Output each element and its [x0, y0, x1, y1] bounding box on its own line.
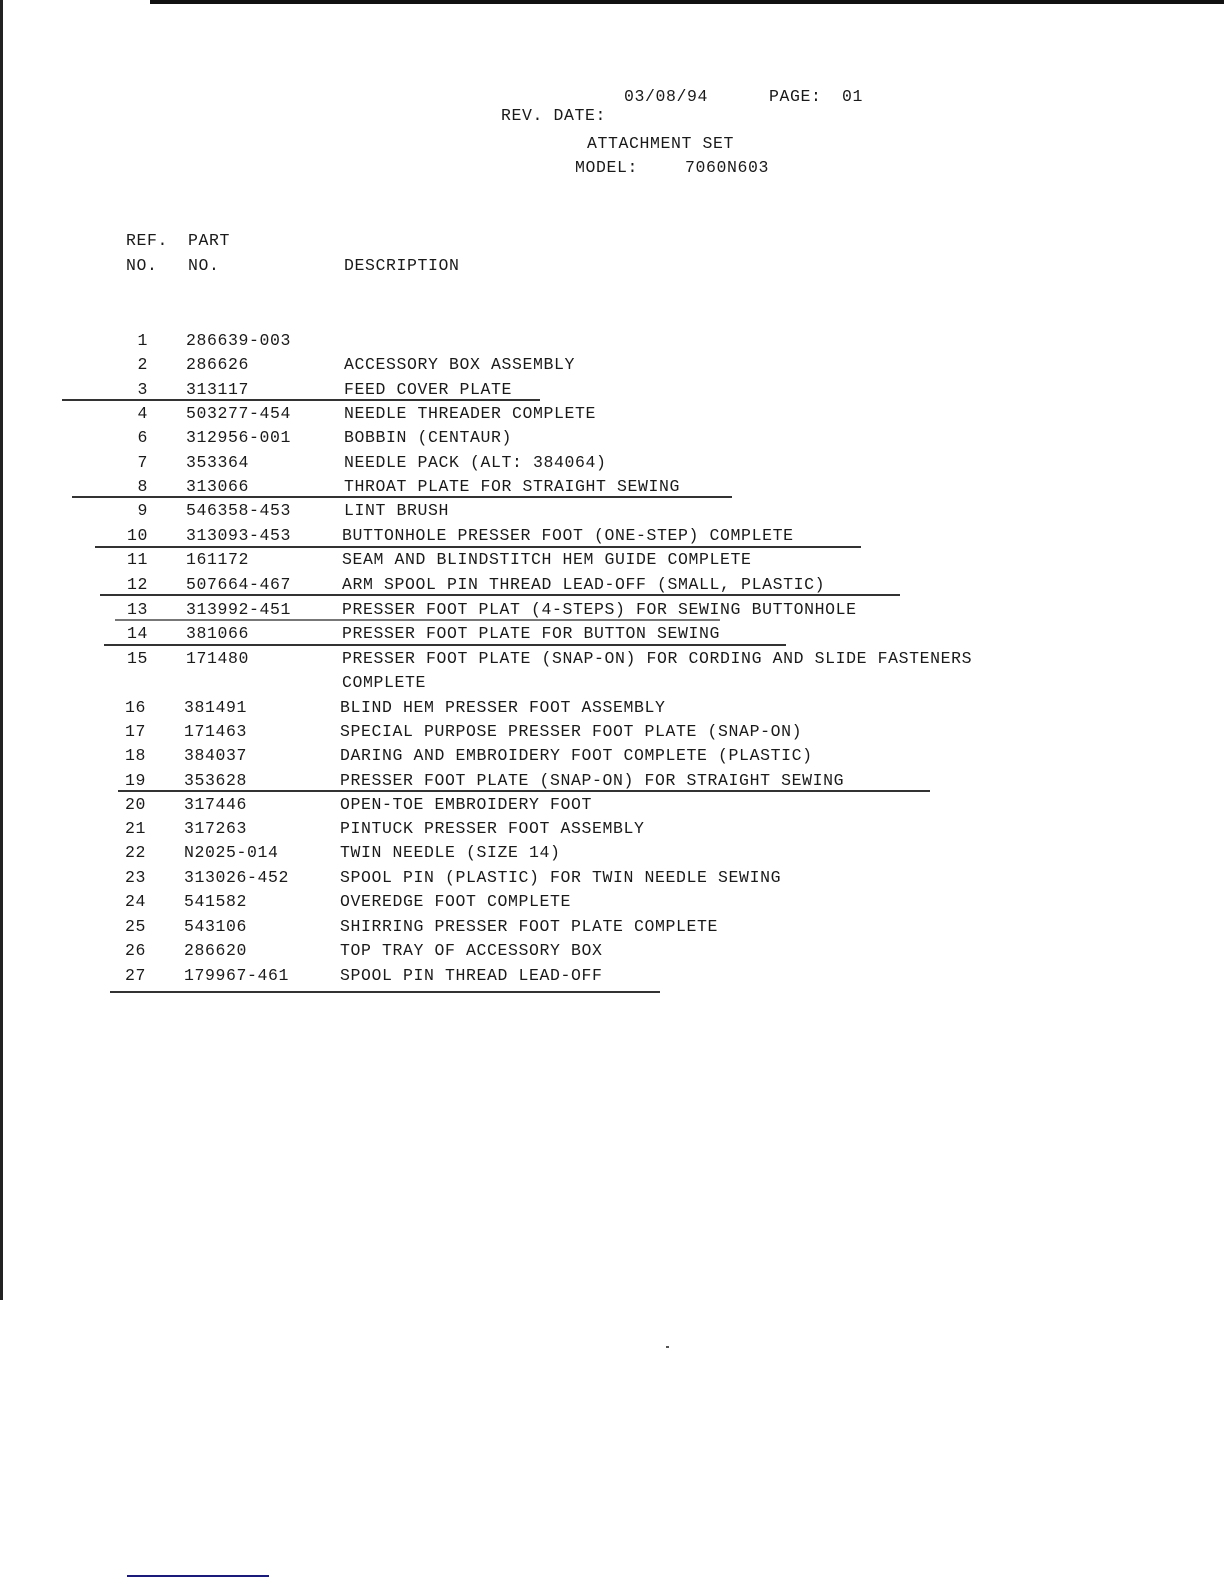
- ref-no: 23: [106, 868, 146, 887]
- table-end-rule: [110, 991, 660, 993]
- underline-row-13: [115, 619, 720, 621]
- part-no: 313093-453: [186, 526, 291, 545]
- description: SPECIAL PURPOSE PRESSER FOOT PLATE (SNAP…: [340, 722, 802, 741]
- part-no: 313066: [186, 477, 249, 496]
- description: NEEDLE PACK (ALT: 384064): [344, 453, 607, 472]
- part-no: 313117: [186, 380, 249, 399]
- ref-no: 18: [106, 746, 146, 765]
- ref-no: 21: [106, 819, 146, 838]
- table-row: 27179967-461SPOOL PIN THREAD LEAD-OFF: [0, 966, 1224, 990]
- ref-no: 8: [108, 477, 148, 496]
- ref-no: 3: [108, 380, 148, 399]
- table-row-continuation: COMPLETE: [0, 673, 1224, 697]
- part-no: 317263: [184, 819, 247, 838]
- ref-no: 9: [108, 501, 148, 520]
- part-no: 381066: [186, 624, 249, 643]
- ref-no: 16: [106, 698, 146, 717]
- description: PRESSER FOOT PLATE FOR BUTTON SEWING: [342, 624, 720, 643]
- description: OVEREDGE FOOT COMPLETE: [340, 892, 571, 911]
- table-row: 23313026-452SPOOL PIN (PLASTIC) FOR TWIN…: [0, 868, 1224, 892]
- ref-no: 22: [106, 843, 146, 862]
- underline-row-10: [95, 546, 861, 548]
- description: PRESSER FOOT PLATE (SNAP-ON) FOR CORDING…: [342, 649, 972, 668]
- underline-row-3: [62, 399, 540, 401]
- ref-no: 14: [108, 624, 148, 643]
- part-no: 161172: [186, 550, 249, 569]
- part-no: 171463: [184, 722, 247, 741]
- ref-no: 10: [108, 526, 148, 545]
- ref-no: 15: [108, 649, 148, 668]
- part-no: 286626: [186, 355, 249, 374]
- part-no: 503277-454: [186, 404, 291, 423]
- table-row: 11161172SEAM AND BLINDSTITCH HEM GUIDE C…: [0, 550, 1224, 574]
- part-no: 384037: [184, 746, 247, 765]
- table-row: 16381491BLIND HEM PRESSER FOOT ASSEMBLY: [0, 698, 1224, 722]
- ref-no: 26: [106, 941, 146, 960]
- part-no: 313026-452: [184, 868, 289, 887]
- table-row: 15171480PRESSER FOOT PLATE (SNAP-ON) FOR…: [0, 649, 1224, 673]
- ref-no: 20: [106, 795, 146, 814]
- description: FEED COVER PLATE: [344, 380, 512, 399]
- ref-no: 12: [108, 575, 148, 594]
- rev-date-line: REV. DATE:: [480, 87, 606, 125]
- model-label: MODEL:: [575, 158, 638, 177]
- underline-row-14: [104, 644, 786, 646]
- ref-no: 4: [108, 404, 148, 423]
- description: SPOOL PIN (PLASTIC) FOR TWIN NEEDLE SEWI…: [340, 868, 781, 887]
- part-no: 353628: [184, 771, 247, 790]
- col-part-line2: NO.: [188, 256, 220, 275]
- description: SHIRRING PRESSER FOOT PLATE COMPLETE: [340, 917, 718, 936]
- ref-no: 7: [108, 453, 148, 472]
- ref-no: 24: [106, 892, 146, 911]
- table-row: 9546358-453LINT BRUSH: [0, 501, 1224, 525]
- description-continued: COMPLETE: [342, 673, 426, 692]
- ref-no: 2: [108, 355, 148, 374]
- underline-row-12: [100, 594, 900, 596]
- rev-date-value: 03/08/94: [624, 87, 708, 106]
- table-row: 18384037DARING AND EMBROIDERY FOOT COMPL…: [0, 746, 1224, 770]
- description: ACCESSORY BOX ASSEMBLY: [344, 355, 575, 374]
- col-part-line1: PART: [188, 231, 230, 250]
- ref-no: 25: [106, 917, 146, 936]
- description: BLIND HEM PRESSER FOOT ASSEMBLY: [340, 698, 666, 717]
- page-number: 01: [842, 87, 863, 106]
- ref-no: 17: [106, 722, 146, 741]
- description: NEEDLE THREADER COMPLETE: [344, 404, 596, 423]
- description: OPEN-TOE EMBROIDERY FOOT: [340, 795, 592, 814]
- description: LINT BRUSH: [344, 501, 449, 520]
- part-no: N2025-014: [184, 843, 279, 862]
- footer-rule: [127, 1575, 269, 1577]
- table-row: 22N2025-014TWIN NEEDLE (SIZE 14): [0, 843, 1224, 867]
- part-no: 286639-003: [186, 331, 291, 350]
- part-no: 179967-461: [184, 966, 289, 985]
- description: SEAM AND BLINDSTITCH HEM GUIDE COMPLETE: [342, 550, 752, 569]
- underline-row-19: [118, 790, 930, 792]
- table-row: 1286639-003: [0, 331, 1224, 355]
- underline-row-8: [72, 496, 732, 498]
- table-row: 6312956-001BOBBIN (CENTAUR): [0, 428, 1224, 452]
- description: PINTUCK PRESSER FOOT ASSEMBLY: [340, 819, 645, 838]
- description: THROAT PLATE FOR STRAIGHT SEWING: [344, 477, 680, 496]
- description: BUTTONHOLE PRESSER FOOT (ONE-STEP) COMPL…: [342, 526, 794, 545]
- part-no: 171480: [186, 649, 249, 668]
- ref-no: 19: [106, 771, 146, 790]
- ref-no: 1: [108, 331, 148, 350]
- document-title: ATTACHMENT SET: [587, 134, 734, 153]
- col-description: DESCRIPTION: [344, 256, 460, 275]
- scan-speck: [666, 1346, 669, 1348]
- table-row: 21317263PINTUCK PRESSER FOOT ASSEMBLY: [0, 819, 1224, 843]
- table-row: 2286626ACCESSORY BOX ASSEMBLY: [0, 355, 1224, 379]
- col-ref-line1: REF.: [126, 231, 168, 250]
- part-no: 313992-451: [186, 600, 291, 619]
- model-number: 7060N603: [685, 158, 769, 177]
- table-row: 20317446OPEN-TOE EMBROIDERY FOOT: [0, 795, 1224, 819]
- table-row: 4503277-454NEEDLE THREADER COMPLETE: [0, 404, 1224, 428]
- col-ref-line2: NO.: [126, 256, 158, 275]
- ref-no: 11: [108, 550, 148, 569]
- table-row: 17171463SPECIAL PURPOSE PRESSER FOOT PLA…: [0, 722, 1224, 746]
- part-no: 353364: [186, 453, 249, 472]
- table-row: 7353364NEEDLE PACK (ALT: 384064): [0, 453, 1224, 477]
- ref-no: 13: [108, 600, 148, 619]
- page-label: PAGE:: [769, 87, 822, 106]
- description: BOBBIN (CENTAUR): [344, 428, 512, 447]
- table-row: 25543106SHIRRING PRESSER FOOT PLATE COMP…: [0, 917, 1224, 941]
- description: PRESSER FOOT PLATE (SNAP-ON) FOR STRAIGH…: [340, 771, 844, 790]
- description: SPOOL PIN THREAD LEAD-OFF: [340, 966, 603, 985]
- part-no: 317446: [184, 795, 247, 814]
- part-no: 541582: [184, 892, 247, 911]
- scan-top-border: [150, 0, 1224, 4]
- part-no: 543106: [184, 917, 247, 936]
- part-no: 546358-453: [186, 501, 291, 520]
- part-no: 507664-467: [186, 575, 291, 594]
- part-no: 312956-001: [186, 428, 291, 447]
- description: ARM SPOOL PIN THREAD LEAD-OFF (SMALL, PL…: [342, 575, 825, 594]
- rev-date-label: REV. DATE:: [501, 106, 606, 125]
- ref-no: 27: [106, 966, 146, 985]
- part-no: 286620: [184, 941, 247, 960]
- ref-no: 6: [108, 428, 148, 447]
- description: DARING AND EMBROIDERY FOOT COMPLETE (PLA…: [340, 746, 813, 765]
- description: PRESSER FOOT PLAT (4-STEPS) FOR SEWING B…: [342, 600, 857, 619]
- table-row: 26286620TOP TRAY OF ACCESSORY BOX: [0, 941, 1224, 965]
- description: TOP TRAY OF ACCESSORY BOX: [340, 941, 603, 960]
- part-no: 381491: [184, 698, 247, 717]
- description: TWIN NEEDLE (SIZE 14): [340, 843, 561, 862]
- table-row: 24541582OVEREDGE FOOT COMPLETE: [0, 892, 1224, 916]
